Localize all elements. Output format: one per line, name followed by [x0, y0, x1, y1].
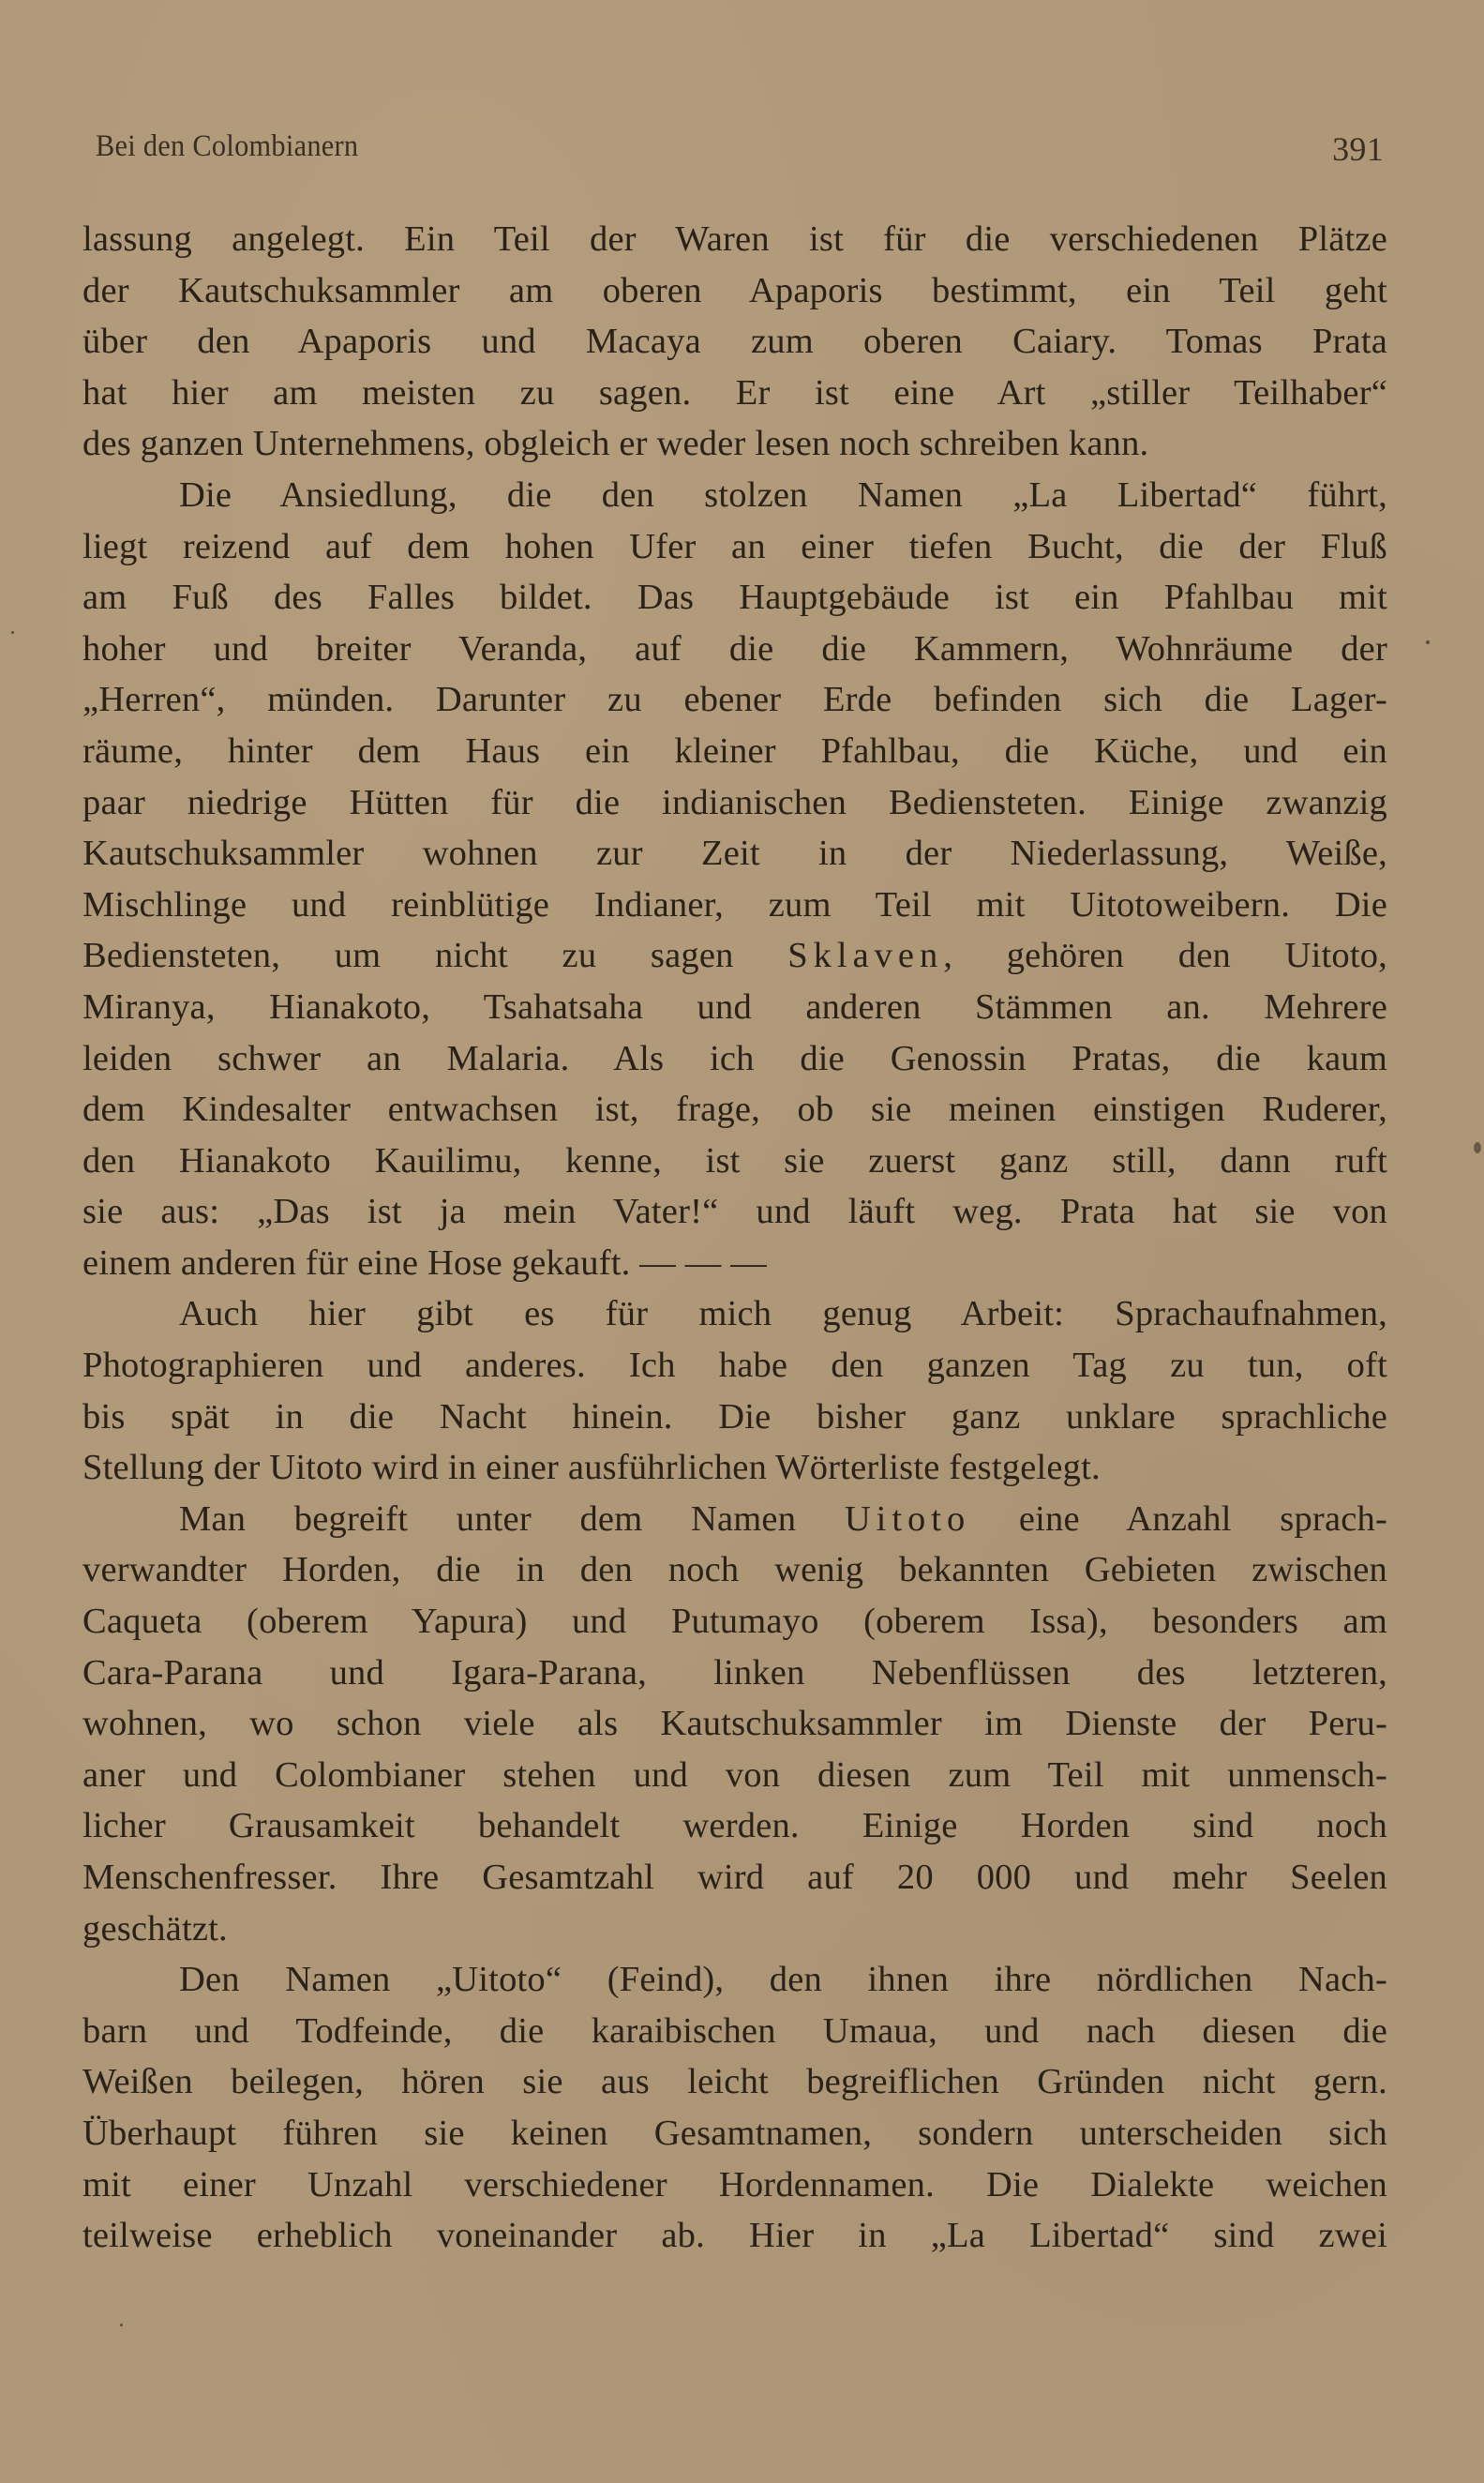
text-line: sie aus: „Das ist ja mein Vater!“ und lä… — [82, 1186, 1387, 1238]
paragraph: Auch hier gibt es für mich genug Arbeit:… — [82, 1288, 1387, 1493]
text-line: hat hier am meisten zu sagen. Er ist ein… — [82, 368, 1387, 419]
text-line: „Herren“, münden. Darunter zu ebener Erd… — [82, 674, 1387, 726]
body-text: lassung angelegt. Ein Teil der Waren ist… — [82, 214, 1387, 2262]
text-line: aner und Colombianer stehen und von dies… — [82, 1750, 1387, 1801]
running-title: Bei den Colombianern — [96, 129, 358, 164]
text-line: Menschenfresser. Ihre Gesamtzahl wird au… — [82, 1852, 1387, 1904]
paragraph: lassung angelegt. Ein Teil der Waren ist… — [82, 214, 1387, 470]
text-line: über den Apaporis und Macaya zum oberen … — [82, 316, 1387, 368]
text-line: wohnen, wo schon viele als Kautschuksamm… — [82, 1698, 1387, 1750]
text-line: des ganzen Unternehmens, obgleich er wed… — [82, 418, 1387, 470]
emphasis-spaced: Sklaven — [787, 936, 943, 975]
text-line: den Hianakoto Kauilimu, kenne, ist sie z… — [82, 1136, 1387, 1187]
emphasis-spaced: Uitoto — [845, 1499, 970, 1539]
text-line: Mischlinge und reinblütige Indianer, zum… — [82, 880, 1387, 931]
paragraph: Den Namen „Uitoto“ (Feind), den ihnen ih… — [82, 1954, 1387, 2262]
paragraph: Die Ansiedlung, die den stolzen Namen „L… — [82, 470, 1387, 1289]
text-line: Den Namen „Uitoto“ (Feind), den ihnen ih… — [82, 1954, 1387, 2006]
text-line: barn und Todfeinde, die karaibischen Uma… — [82, 2006, 1387, 2057]
paper-speck — [1426, 640, 1430, 644]
text-line: der Kautschuksammler am oberen Apaporis … — [82, 265, 1387, 317]
text-line: am Fuß des Falles bildet. Das Hauptgebäu… — [82, 572, 1387, 624]
text-line: lassung angelegt. Ein Teil der Waren ist… — [82, 214, 1387, 265]
text-line: Kautschuksammler wohnen zur Zeit in der … — [82, 828, 1387, 880]
text-line: Stellung der Uitoto wird in einer ausfüh… — [82, 1442, 1387, 1494]
text-line: liegt reizend auf dem hohen Ufer an eine… — [82, 521, 1387, 573]
paper-speck — [11, 631, 14, 634]
text-line: teilweise erheblich voneinander ab. Hier… — [82, 2210, 1387, 2262]
text-line: licher Grausamkeit behandelt werden. Ein… — [82, 1800, 1387, 1852]
page-number: 391 — [1332, 129, 1384, 169]
text-line: Man begreift unter dem Namen Uitoto eine… — [82, 1494, 1387, 1545]
text-line: Weißen beilegen, hören sie aus leicht be… — [82, 2056, 1387, 2108]
text-line: Caqueta (oberem Yapura) und Putumayo (ob… — [82, 1596, 1387, 1648]
text-line: hoher und breiter Veranda, auf die die K… — [82, 624, 1387, 675]
text-line: Cara-Parana und Igara-Parana, linken Neb… — [82, 1648, 1387, 1699]
text-line: Überhaupt führen sie keinen Gesamtnamen,… — [82, 2108, 1387, 2159]
text-line: Photographieren und anderes. Ich habe de… — [82, 1340, 1387, 1392]
text-line: dem Kindesalter entwachsen ist, frage, o… — [82, 1084, 1387, 1136]
text-line: Miranya, Hianakoto, Tsahatsaha und ander… — [82, 982, 1387, 1033]
text-line: Die Ansiedlung, die den stolzen Namen „L… — [82, 470, 1387, 521]
text-line: verwandter Horden, die in den noch wenig… — [82, 1544, 1387, 1596]
text-line: bis spät in die Nacht hinein. Die bisher… — [82, 1392, 1387, 1443]
paper-speck — [1474, 1142, 1481, 1153]
text-line: räume, hinter dem Haus ein kleiner Pfahl… — [82, 726, 1387, 777]
text-line: paar niedrige Hütten für die indianische… — [82, 777, 1387, 829]
paper-speck — [120, 2324, 123, 2326]
text-line: leiden schwer an Malaria. Als ich die Ge… — [82, 1033, 1387, 1085]
text-line: Auch hier gibt es für mich genug Arbeit:… — [82, 1288, 1387, 1340]
running-head: Bei den Colombianern 391 — [82, 129, 1387, 171]
text-line: einem anderen für eine Hose gekauft. — —… — [82, 1238, 1387, 1289]
text-line: geschätzt. — [82, 1904, 1387, 1955]
text-line: mit einer Unzahl verschiedener Hordennam… — [82, 2159, 1387, 2211]
text-line: Bediensteten, um nicht zu sagen Sklaven,… — [82, 930, 1387, 982]
paragraph: Man begreift unter dem Namen Uitoto eine… — [82, 1494, 1387, 1954]
